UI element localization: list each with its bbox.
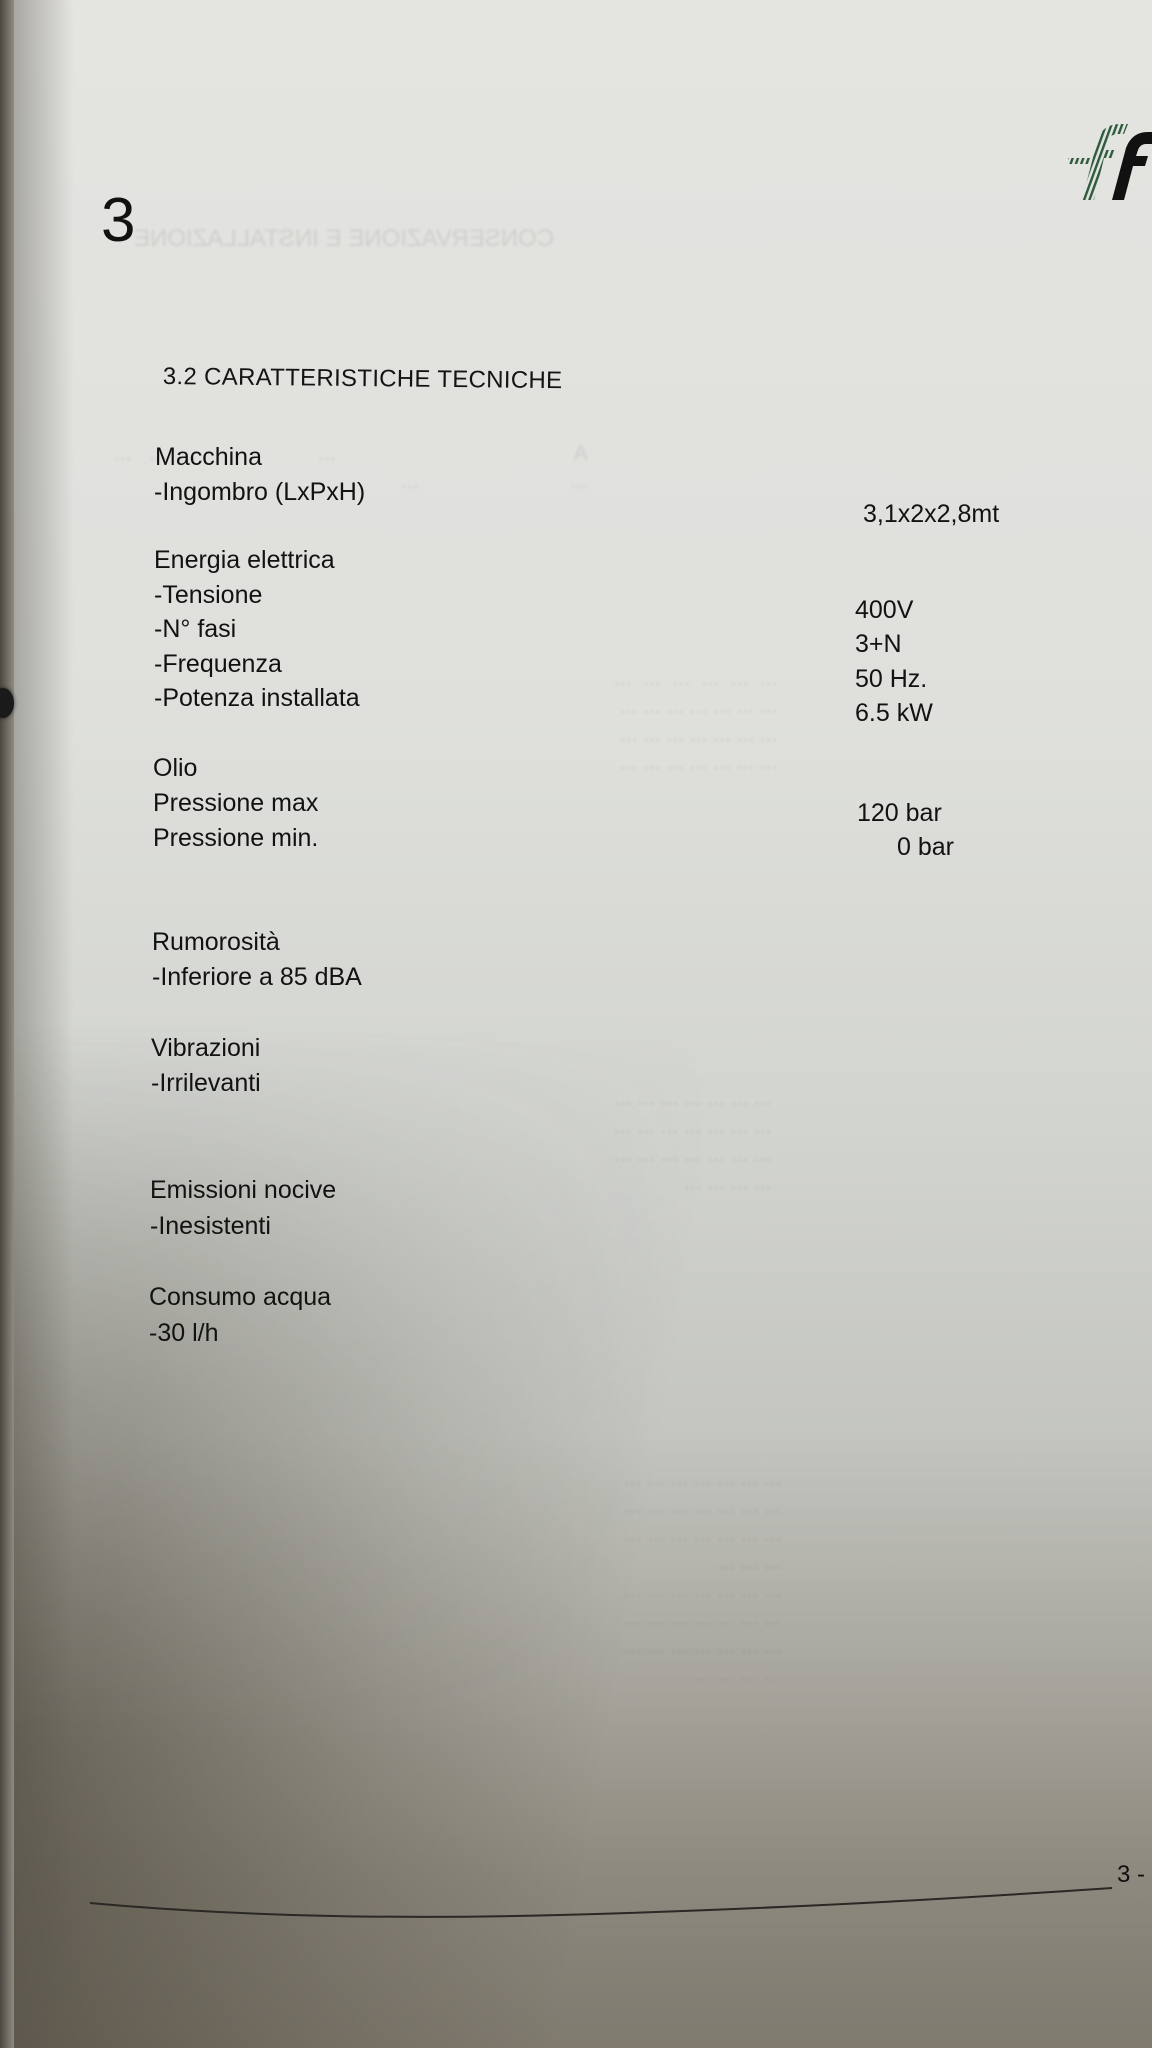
spec-value: 0 bar <box>897 833 954 862</box>
spec-group-heading: Consumo acqua <box>149 1283 331 1312</box>
spec-group-heading: Macchina <box>155 443 262 472</box>
spec-value: 50 Hz. <box>855 665 927 694</box>
spec-group-heading: Olio <box>153 754 197 783</box>
spec-group-heading: Vibrazioni <box>151 1034 260 1063</box>
spec-label: -30 l/h <box>149 1319 218 1348</box>
bleed-through-text: ... ... ... ... ... ... ... ... ... ... … <box>614 665 777 777</box>
spec-value: 6.5 kW <box>855 699 933 728</box>
spec-value: 3,1x2x2,8mt <box>863 500 999 529</box>
spec-value: 3+N <box>855 630 902 659</box>
spec-label: Pressione max <box>153 789 318 818</box>
spec-value: 120 bar <box>857 799 942 828</box>
chapter-number: 3 <box>101 185 135 256</box>
bleed-through-text: CONSERVAZIONE E INSTALLAZIONE <box>134 225 554 253</box>
spec-label: Pressione min. <box>153 824 318 853</box>
page-curl-shade <box>14 0 74 2048</box>
spec-label: -Potenza installata <box>154 684 360 713</box>
bleed-through-text: ... ... ... ... ... ... ... ... ... ... … <box>624 1465 782 1689</box>
spec-value: 400V <box>855 596 913 625</box>
photo-shadow <box>14 0 1152 2048</box>
spec-group-heading: Energia elettrica <box>154 546 335 575</box>
spec-label: -Frequenza <box>154 650 282 679</box>
spec-label: -Ingombro (LxPxH) <box>154 478 365 507</box>
spec-label: -Inesistenti <box>150 1212 271 1241</box>
document-page: CONSERVAZIONE E INSTALLAZIONE A ... ... … <box>14 0 1152 2048</box>
page-number: 3 - <box>1117 1861 1145 1889</box>
bleed-through-text: ... ... ... ... ... ... ... ... ... ... … <box>614 1085 772 1197</box>
spec-label: -Tensione <box>154 581 262 610</box>
company-logo-icon <box>1064 120 1152 204</box>
spec-label: -Irrilevanti <box>151 1069 261 1098</box>
spec-group-heading: Rumorosità <box>152 928 280 957</box>
binding-edge <box>0 0 14 2048</box>
spec-group-heading: Emissioni nocive <box>150 1176 336 1205</box>
spec-label: -N° fasi <box>154 615 236 644</box>
spec-label: -Inferiore a 85 dBA <box>152 963 362 992</box>
section-title: 3.2 CARATTERISTICHE TECNICHE <box>163 363 563 395</box>
